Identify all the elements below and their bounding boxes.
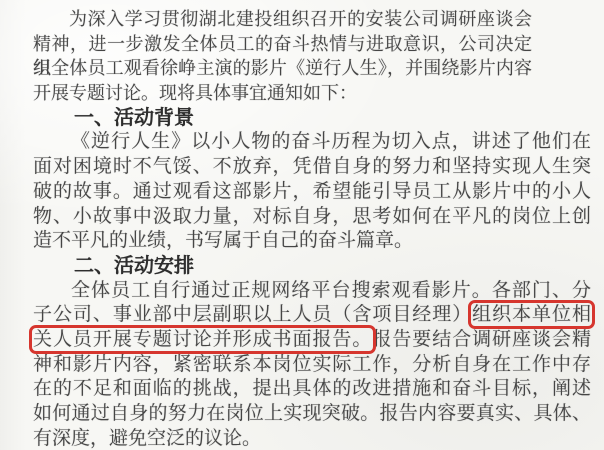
highlight-box-annotation: 组织本单位相 [472, 304, 591, 325]
text-line: 神和影片内容，紧密联系本岗位实际工作，分析自身在工作中存 [33, 353, 591, 378]
text-line: 关人员开展专题讨论并形成书面报告。报告要结合调研座谈会精 [33, 328, 591, 353]
text-line: 全体员工自行通过正规网络平台搜索观看影片。各部门、分 [33, 279, 591, 304]
text-line: 开展专题讨论。现将具体事宜通知如下： [33, 81, 532, 106]
text-segment: 子公司、事业部中层副职以上人员（含项目经理） [33, 304, 472, 325]
arrangement-paragraph: 全体员工自行通过正规网络平台搜索观看影片。各部门、分 子公司、事业部中层副职以上… [33, 279, 591, 450]
text-line: 在的不足和面临的挑战，提出具体的改进措施和奋斗目标，阐述 [33, 377, 591, 402]
text-line: 破的故事。通过观看这部影片，希望能引导员工从影片中的小人 [33, 180, 591, 205]
section-heading-activity-arrangement: 二、活动安排 [33, 254, 591, 279]
text-line: 《逆行人生》以小人物的奋斗历程为切入点，讲述了他们在 [33, 130, 591, 155]
document-page: 为深入学习贯彻湖北建投组织召开的安装公司调研座谈会 精神，进一步激发全体员工的奋… [0, 0, 604, 450]
highlight-box-annotation: 关人员开展专题讨论并形成书面报告。 [33, 329, 372, 350]
background-paragraph: 《逆行人生》以小人物的奋斗历程为切入点，讲述了他们在 面对困境时不气馁、不放弃，… [33, 130, 591, 253]
text-line: 如何通过自身的努力在岗位上实现突破。报告内容要真实、具体、 [33, 402, 591, 427]
text-segment: 报告要结合调研座谈会精 [372, 329, 591, 350]
intro-paragraph: 为深入学习贯彻湖北建投组织召开的安装公司调研座谈会 精神，进一步激发全体员工的奋… [33, 7, 591, 106]
text-line: 有深度，避免空泛的议论。 [33, 427, 591, 450]
text-line: 为深入学习贯彻湖北建投组织召开的安装公司调研座谈会 [33, 7, 532, 32]
text-line: 面对困境时不气馁、不放弃，凭借自身的努力和坚持实现人生突 [33, 155, 591, 180]
text-line: 精神，进一步激发全体员工的奋斗热情与进取意识，公司决定组 [33, 32, 532, 57]
text-line: 造不平凡的业绩，书写属于自己的奋斗篇章。 [33, 229, 591, 254]
section-heading-activity-background: 一、活动背景 [33, 106, 591, 131]
text-line: 织全体员工观看徐峥主演的影片《逆行人生》，并围绕影片内容 [33, 56, 532, 81]
text-line: 子公司、事业部中层副职以上人员（含项目经理）组织本单位相 [33, 303, 591, 328]
text-line: 物、小故事中汲取力量，对标自身，思考如何在平凡的岗位上创 [33, 205, 591, 230]
